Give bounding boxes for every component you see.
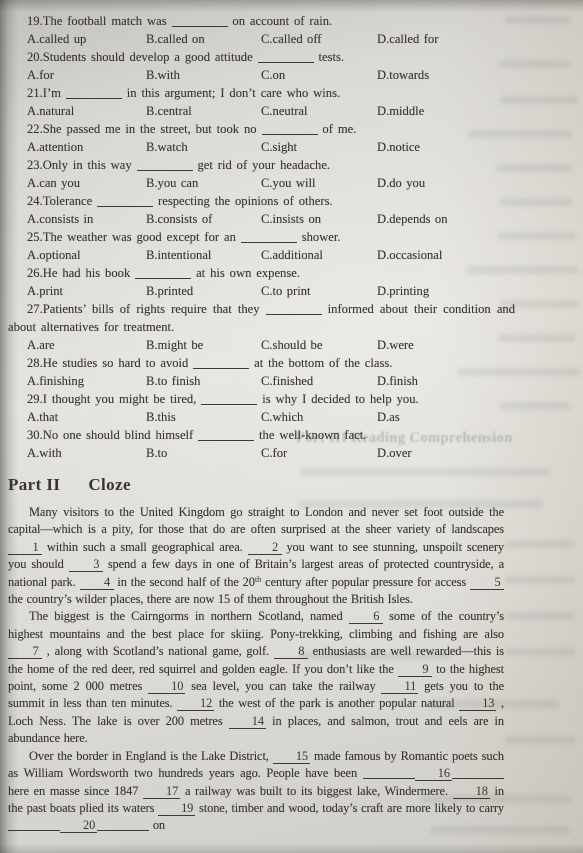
options-row: A.printB.printedC.to printD.printing xyxy=(27,282,515,300)
scanned-test-page: Part III Reading Comprehension 19.The fo… xyxy=(0,0,583,853)
question-number: 30. xyxy=(27,428,43,442)
cloze-numbered-blank: 5 xyxy=(470,576,504,590)
cloze-text: in the second half of the 20 xyxy=(114,575,255,589)
option-label: B.to xyxy=(146,444,261,462)
option-label: C.additional xyxy=(261,246,377,264)
options-row: A.forB.withC.onD.towards xyxy=(27,66,515,84)
question-number: 29. xyxy=(27,392,43,406)
blank-line xyxy=(8,819,60,831)
question-pre-text: The weather was good except for an xyxy=(43,230,241,244)
cloze-text: , along with Scotland’s national game, g… xyxy=(42,644,274,658)
option-label: A.print xyxy=(27,282,146,300)
question-post-text: at his own expense. xyxy=(191,266,300,280)
question-pre-text: I thought you might be tired, xyxy=(43,392,202,406)
option-label: D.printing xyxy=(377,282,515,300)
question-line: 26.He had his book at his own expense. xyxy=(8,264,515,282)
question-pre-text: He had his book xyxy=(43,266,135,280)
mcq-section: 19.The football match was on account of … xyxy=(8,12,515,462)
option-label: B.you can xyxy=(146,174,261,192)
question-number: 24. xyxy=(27,194,43,208)
option-label: D.occasional xyxy=(377,246,515,264)
option-label: A.natural xyxy=(27,102,146,120)
option-label: B.with xyxy=(146,66,261,84)
option-label: A.can you xyxy=(27,174,146,192)
question-pre-text: She passed me in the street, but took no xyxy=(43,122,262,136)
option-label: B.this xyxy=(146,408,261,426)
option-label: C.sight xyxy=(261,138,377,156)
answer-blank xyxy=(258,51,314,63)
question-post-text: is why I decided to help you. xyxy=(257,392,418,406)
question-pre-text: The football match was xyxy=(43,14,172,28)
option-label: B.might be xyxy=(146,336,261,354)
option-label: D.notice xyxy=(377,138,515,156)
option-label: C.on xyxy=(261,66,377,84)
options-row: A.consists inB.consists ofC.insists onD.… xyxy=(27,210,515,228)
question-pre-text: Tolerance xyxy=(43,194,97,208)
cloze-text: The biggest is the Cairngorms in norther… xyxy=(29,609,349,623)
option-label: C.insists on xyxy=(261,210,377,228)
options-row: A.areB.might beC.should beD.were xyxy=(27,336,515,354)
option-label: C.for xyxy=(261,444,377,462)
option-label: A.optional xyxy=(27,246,146,264)
option-label: A.finishing xyxy=(27,372,146,390)
cloze-text: within such a small geographical area. xyxy=(42,540,248,554)
answer-blank xyxy=(66,87,122,99)
option-label: A.consists in xyxy=(27,210,146,228)
option-label: D.finish xyxy=(377,372,515,390)
cloze-numbered-blank: 4 xyxy=(80,576,114,590)
cloze-text: Many visitors to the United Kingdom go s… xyxy=(8,505,504,536)
answer-blank xyxy=(262,123,318,135)
options-row: A.called upB.called onC.called offD.call… xyxy=(27,30,515,48)
options-row: A.attentionB.watchC.sightD.notice xyxy=(27,138,515,156)
option-label: D.do you xyxy=(377,174,515,192)
question-number: 26. xyxy=(27,266,43,280)
bleed-through-smudge xyxy=(505,648,575,656)
cloze-numbered-blank: 19 xyxy=(158,802,195,816)
option-label: D.as xyxy=(377,408,515,426)
option-label: D.were xyxy=(377,336,515,354)
question-line: 22.She passed me in the street, but took… xyxy=(8,120,515,138)
question-line: 25.The weather was good except for an sh… xyxy=(8,228,515,246)
option-label: C.to print xyxy=(261,282,377,300)
option-label: A.are xyxy=(27,336,146,354)
cloze-numbered-blank: 18 xyxy=(453,785,490,799)
part2-title: Cloze xyxy=(88,475,131,494)
page-top-shadow xyxy=(0,0,583,12)
question-pre-text: Only in this way xyxy=(43,158,137,172)
options-row: A.finishingB.to finishC.finishedD.finish xyxy=(27,372,515,390)
question-post-text: shower. xyxy=(297,230,341,244)
bleed-through-smudge xyxy=(505,540,575,548)
option-label: D.depends on xyxy=(377,210,515,228)
question-line: 23.Only in this way get rid of your head… xyxy=(8,156,515,174)
option-label: C.should be xyxy=(261,336,377,354)
option-label: B.intentional xyxy=(146,246,261,264)
option-label: C.finished xyxy=(261,372,377,390)
page-content: 19.The football match was on account of … xyxy=(8,12,515,835)
answer-blank xyxy=(201,393,257,405)
answer-blank xyxy=(241,231,297,243)
question-line: 20.Students should develop a good attitu… xyxy=(8,48,515,66)
option-label: B.called on xyxy=(146,30,261,48)
answer-blank xyxy=(137,159,193,171)
cloze-numbered-blank: 7 xyxy=(8,645,42,659)
question-number: 20. xyxy=(27,50,43,64)
question-post-text: in this argument; I don’t care who wins. xyxy=(122,86,340,100)
cloze-numbered-blank: 8 xyxy=(274,645,308,659)
option-label: B.consists of xyxy=(146,210,261,228)
bleed-through-smudge xyxy=(505,576,575,584)
cloze-text: sea level, you can take the railway xyxy=(185,679,381,693)
blank-line xyxy=(97,819,149,831)
question-post-text: respecting the opinions of others. xyxy=(153,194,333,208)
blank-line xyxy=(452,767,504,779)
question-number: 25. xyxy=(27,230,43,244)
question-line: 24.Tolerance respecting the opinions of … xyxy=(8,192,515,210)
options-row: A.thatB.thisC.whichD.as xyxy=(27,408,515,426)
option-label: A.that xyxy=(27,408,146,426)
cloze-numbered-blank: 20 xyxy=(60,819,97,833)
option-label: B.to finish xyxy=(146,372,261,390)
question-line: 28.He studies so hard to avoid at the bo… xyxy=(8,354,515,372)
question-post-text: get rid of your headache. xyxy=(193,158,331,172)
question-number: 21. xyxy=(27,86,43,100)
option-label: C.neutral xyxy=(261,102,377,120)
question-line: 27.Patients’ bills of rights require tha… xyxy=(8,300,515,336)
option-label: C.you will xyxy=(261,174,377,192)
question-post-text: at the bottom of the class. xyxy=(249,356,392,370)
cloze-numbered-blank: 14 xyxy=(229,715,266,729)
option-label: C.called off xyxy=(261,30,377,48)
question-pre-text: He studies so hard to avoid xyxy=(43,356,194,370)
bleed-through-smudge xyxy=(505,736,575,744)
option-label: D.called for xyxy=(377,30,515,48)
question-number: 22. xyxy=(27,122,43,136)
question-line: 21.I’m in this argument; I don’t care wh… xyxy=(8,84,515,102)
question-line: 19.The football match was on account of … xyxy=(8,12,515,30)
answer-blank xyxy=(193,357,249,369)
cloze-numbered-blank: 1 xyxy=(8,541,42,555)
option-label: D.middle xyxy=(377,102,515,120)
question-number: 27. xyxy=(27,302,43,316)
question-post-text: tests. xyxy=(314,50,344,64)
answer-blank xyxy=(172,15,228,27)
cloze-paragraph: The biggest is the Cairngorms in norther… xyxy=(8,608,504,747)
cloze-text: on xyxy=(149,818,165,832)
options-row: A.withB.toC.forD.over xyxy=(27,444,515,462)
cloze-numbered-blank: 10 xyxy=(148,680,185,694)
cloze-numbered-blank: 6 xyxy=(349,610,383,624)
cloze-paragraph: Many visitors to the United Kingdom go s… xyxy=(8,504,504,608)
options-row: A.naturalB.centralC.neutralD.middle xyxy=(27,102,515,120)
option-label: C.which xyxy=(261,408,377,426)
options-row: A.optionalB.intentionalC.additionalD.occ… xyxy=(27,246,515,264)
question-line: 30.No one should blind himself the well-… xyxy=(8,426,515,444)
question-pre-text: Patients’ bills of rights require that t… xyxy=(43,302,266,316)
option-label: B.printed xyxy=(146,282,261,300)
option-label: A.called up xyxy=(27,30,146,48)
cloze-numbered-blank: 17 xyxy=(143,785,180,799)
option-label: B.central xyxy=(146,102,261,120)
cloze-text: stone, timber and wood, today’s craft ar… xyxy=(195,801,504,815)
question-post-text: of me. xyxy=(318,122,357,136)
option-label: B.watch xyxy=(146,138,261,156)
question-pre-text: No one should blind himself xyxy=(43,428,198,442)
option-label: A.for xyxy=(27,66,146,84)
cloze-text: the west of the park is another popular … xyxy=(214,696,459,710)
cloze-numbered-blank: 12 xyxy=(177,697,214,711)
cloze-section: Many visitors to the United Kingdom go s… xyxy=(8,504,515,835)
question-post-text: the well-known fact. xyxy=(254,428,366,442)
cloze-text: Over the border in England is the Lake D… xyxy=(29,749,273,763)
question-post-text: on account of rain. xyxy=(228,14,333,28)
options-row: A.can youB.you canC.you willD.do you xyxy=(27,174,515,192)
part2-label: Part II xyxy=(8,475,60,494)
question-number: 28. xyxy=(27,356,43,370)
cloze-text: the country’s wilder places, there are n… xyxy=(8,592,413,606)
cloze-numbered-blank: 2 xyxy=(248,541,282,555)
part2-heading: Part IICloze xyxy=(8,474,515,496)
bleed-through-smudge xyxy=(505,612,575,620)
cloze-numbered-blank: 11 xyxy=(381,680,418,694)
question-line: 29.I thought you might be tired, is why … xyxy=(8,390,515,408)
answer-blank xyxy=(198,429,254,441)
answer-blank xyxy=(135,267,191,279)
cloze-numbered-blank: 3 xyxy=(69,558,103,572)
blank-line xyxy=(363,767,415,779)
cloze-text: century after popular pressure for acces… xyxy=(261,575,470,589)
cloze-text: here en masse since 1847 xyxy=(8,784,143,798)
cloze-numbered-blank: 13 xyxy=(459,697,496,711)
cloze-numbered-blank: 15 xyxy=(273,750,310,764)
page-bottom-shadow xyxy=(0,843,583,853)
question-number: 19. xyxy=(27,14,43,28)
question-pre-text: I’m xyxy=(43,86,66,100)
cloze-numbered-blank: 9 xyxy=(398,663,432,677)
cloze-numbered-blank: 16 xyxy=(415,767,452,781)
option-label: A.attention xyxy=(27,138,146,156)
option-label: D.towards xyxy=(377,66,515,84)
cloze-paragraph: Over the border in England is the Lake D… xyxy=(8,748,504,835)
answer-blank xyxy=(266,303,322,315)
answer-blank xyxy=(97,195,153,207)
option-label: D.over xyxy=(377,444,515,462)
option-label: A.with xyxy=(27,444,146,462)
question-number: 23. xyxy=(27,158,43,172)
cloze-text: a railway was built to its biggest lake,… xyxy=(180,784,452,798)
question-pre-text: Students should develop a good attitude xyxy=(43,50,258,64)
